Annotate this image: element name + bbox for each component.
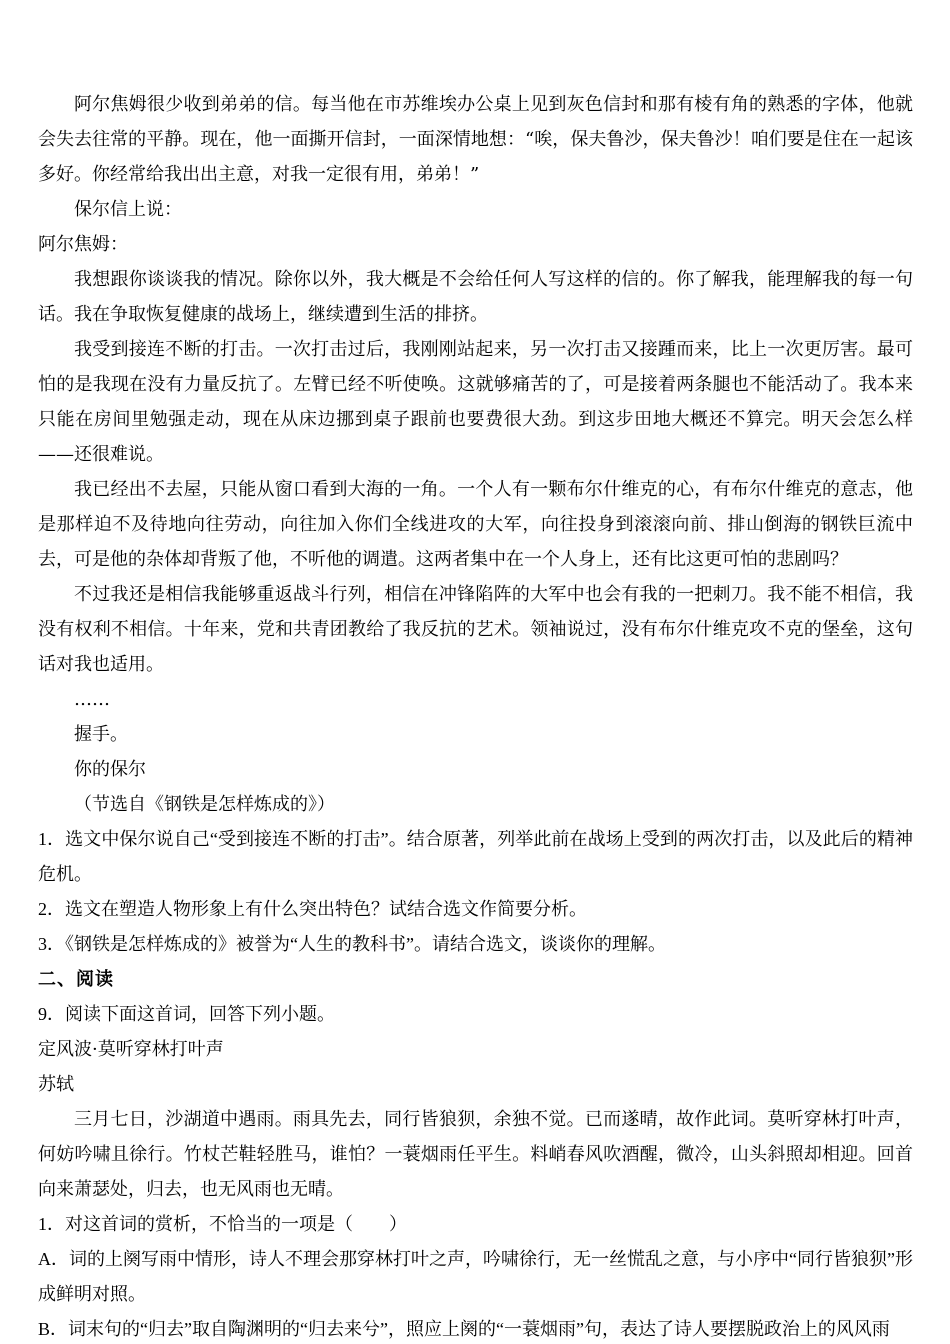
poem-body: 三月七日，沙湖道中遇雨。雨具先去，同行皆狼狈，余独不觉。已而遂晴，故作此词。莫听… <box>38 1102 913 1207</box>
letter-ellipsis: …… <box>38 682 913 717</box>
letter-salutation: 阿尔焦姆： <box>38 227 913 262</box>
option-a: A．词的上阕写雨中情形，诗人不理会那穿林打叶之声，吟啸徐行，无一丝慌乱之意，与小… <box>38 1242 913 1312</box>
section-heading-reading: 二、阅读 <box>38 962 913 997</box>
excerpt-question-1: 1．选文中保尔说自己“受到接连不断的打击”。结合原著，列举此前在战场上受到的两次… <box>38 822 913 892</box>
letter-signature: 你的保尔 <box>38 752 913 787</box>
excerpt-paragraph-2: 保尔信上说： <box>38 192 913 227</box>
question-9-intro: 9．阅读下面这首词，回答下列小题。 <box>38 997 913 1032</box>
excerpt-paragraph-1: 阿尔焦姆很少收到弟弟的信。每当他在市苏维埃办公桌上见到灰色信封和那有棱有角的熟悉… <box>38 87 913 192</box>
excerpt-question-3: 3．《钢铁是怎样炼成的》被誉为“人生的教科书”。请结合选文，谈谈你的理解。 <box>38 927 913 962</box>
letter-paragraph-2: 我受到接连不断的打击。一次打击过后，我刚刚站起来，另一次打击又接踵而来，比上一次… <box>38 332 913 472</box>
excerpt-question-2: 2．选文在塑造人物形象上有什么突出特色？试结合选文作简要分析。 <box>38 892 913 927</box>
option-b: B．词末句的“归去”取自陶渊明的“归去来兮”，照应上阕的“一蓑烟雨”句，表达了诗… <box>38 1312 913 1344</box>
poem-author: 苏轼 <box>38 1067 913 1102</box>
letter-closing: 握手。 <box>38 717 913 752</box>
letter-paragraph-4: 不过我还是相信我能够重返战斗行列，相信在冲锋陷阵的大军中也会有我的一把刺刀。我不… <box>38 577 913 682</box>
letter-paragraph-1: 我想跟你谈谈我的情况。除你以外，我大概是不会给任何人写这样的信的。你了解我，能理… <box>38 262 913 332</box>
document-page: 阿尔焦姆很少收到弟弟的信。每当他在市苏维埃办公桌上见到灰色信封和那有棱有角的熟悉… <box>0 0 950 1344</box>
poem-question-1: 1．对这首词的赏析，不恰当的一项是（ ） <box>38 1207 913 1242</box>
excerpt-source-note: （节选自《钢铁是怎样炼成的》） <box>38 787 913 822</box>
poem-title: 定风波·莫听穿林打叶声 <box>38 1032 913 1067</box>
letter-paragraph-3: 我已经出不去屋，只能从窗口看到大海的一角。一个人有一颗布尔什维克的心，有布尔什维… <box>38 472 913 577</box>
